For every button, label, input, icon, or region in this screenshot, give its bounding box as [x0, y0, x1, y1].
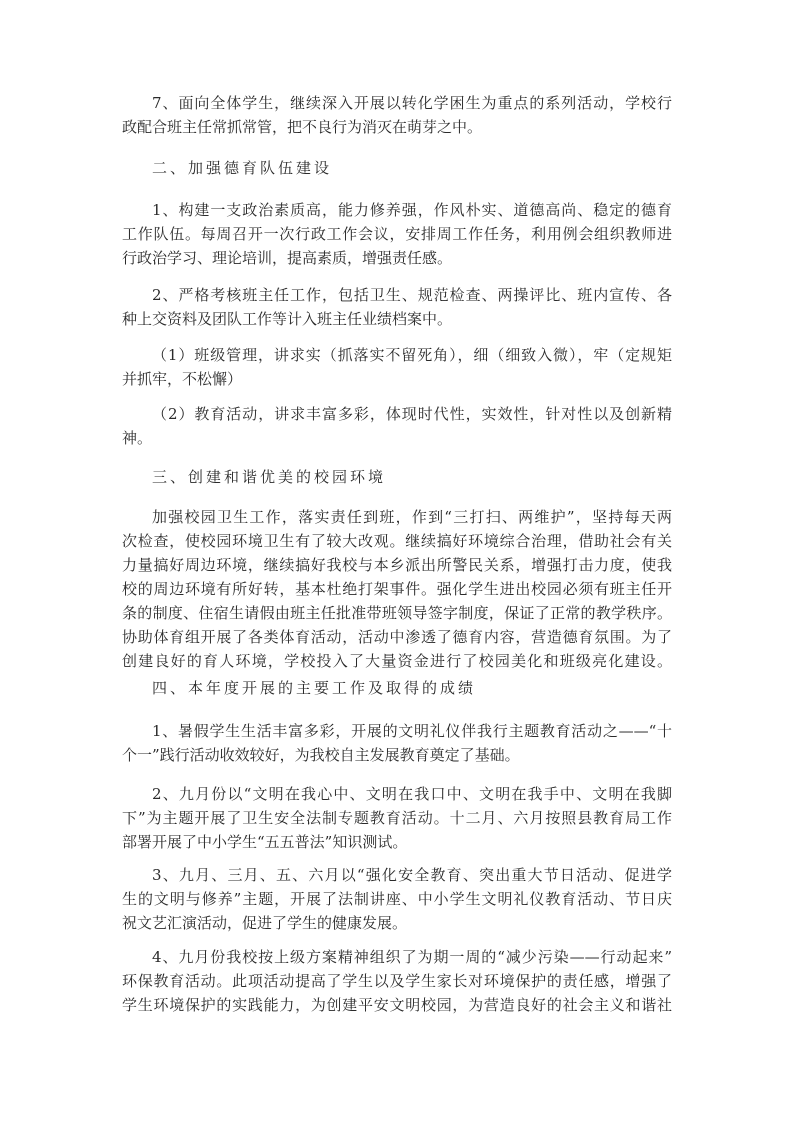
text-line: 祝文艺汇演活动，促进了学生的健康发展。 — [122, 911, 672, 935]
text-line: 学生环境保护的实践能力，为创建平安文明校园，为营造良好的社会主义和谐社 — [122, 993, 672, 1017]
heading-text: 四、本年度开展的主要工作及取得的成绩 — [122, 676, 672, 700]
text-line: 校的周边环境有所好转，基本杜绝打架事件。强化学生进出校园必须有班主任开 — [122, 577, 672, 601]
paragraph-item-2: 2、严格考核班主任工作，包括卫生、规范检查、两操评比、班内宣传、各 种上交资料及… — [122, 283, 672, 331]
text-line: 力量搞好周边环境，继续搞好我校与本乡派出所警民关系，增强打击力度，使我 — [122, 553, 672, 577]
text-line: 1、构建一支政治素质高，能力修养强，作风朴实、道德高尚、稳定的德育 — [122, 198, 672, 222]
text-line: 行政治学习、理论培训，提高素质，增强责任感。 — [122, 246, 672, 270]
paragraph-item-7: 7、面向全体学生，继续深入开展以转化学困生为重点的系列活动，学校行 政配合班主任… — [122, 91, 672, 139]
section-heading-3: 三、创建和谐优美的校园环境 — [122, 465, 672, 489]
achievement-item-3: 3、九月、三月、五、六月以“强化安全教育、突出重大节日活动、促进学 生的文明与修… — [122, 863, 672, 935]
text-line: 神。 — [122, 426, 672, 450]
text-line: 创建良好的育人环境，学校投入了大量资金进行了校园美化和班级亮化建设。 — [122, 649, 672, 673]
text-line: 次检查，使校园环境卫生有了较大改观。继续搞好环境综合治理，借助社会有关 — [122, 529, 672, 553]
achievement-item-1: 1、暑假学生生活丰富多彩，开展的文明礼仪伴我行主题教育活动之——“十 个一”践行… — [122, 719, 672, 767]
text-line: 种上交资料及团队工作等计入班主任业绩档案中。 — [122, 307, 672, 331]
text-line: 加强校园卫生工作，落实责任到班，作到“三打扫、两维护”，坚持每天两 — [122, 505, 672, 529]
text-line: 下”为主题开展了卫生安全法制专题教育活动。十二月、六月按照县教育局工作 — [122, 806, 672, 830]
text-line: 协助体育组开展了各类体育活动，活动中渗透了德育内容，营造德育氛围。为了 — [122, 625, 672, 649]
text-line: 2、九月份以“文明在我心中、文明在我口中、文明在我手中、文明在我脚 — [122, 782, 672, 806]
section-heading-4: 四、本年度开展的主要工作及取得的成绩 — [122, 676, 672, 700]
paragraph-subitem-1: （1）班级管理，讲求实（抓落实不留死角），细（细致入微），牢（定规矩 并抓牢，不… — [122, 343, 672, 391]
text-line: 环保教育活动。此项活动提高了学生以及学生家长对环境保护的责任感，增强了 — [122, 969, 672, 993]
text-line: 2、严格考核班主任工作，包括卫生、规范检查、两操评比、班内宣传、各 — [122, 283, 672, 307]
achievement-item-4: 4、九月份我校按上级方案精神组织了为期一周的“减少污染——行动起来” 环保教育活… — [122, 945, 672, 1017]
achievement-item-2: 2、九月份以“文明在我心中、文明在我口中、文明在我手中、文明在我脚 下”为主题开… — [122, 782, 672, 854]
text-line: 1、暑假学生生活丰富多彩，开展的文明礼仪伴我行主题教育活动之——“十 — [122, 719, 672, 743]
text-line: 生的文明与修养”主题，开展了法制讲座、中小学生文明礼仪教育活动、节日庆 — [122, 887, 672, 911]
paragraph-subitem-2: （2）教育活动，讲求丰富多彩，体现时代性，实效性，针对性以及创新精 神。 — [122, 402, 672, 450]
paragraph-campus-environment: 加强校园卫生工作，落实责任到班，作到“三打扫、两维护”，坚持每天两 次检查，使校… — [122, 505, 672, 673]
text-line: （1）班级管理，讲求实（抓落实不留死角），细（细致入微），牢（定规矩 — [122, 343, 672, 367]
section-heading-2: 二、加强德育队伍建设 — [122, 156, 672, 180]
text-line: 条的制度、住宿生请假由班主任批准带班领导签字制度，保证了正常的教学秩序。 — [122, 601, 672, 625]
text-line: 部署开展了中小学生“五五普法”知识测试。 — [122, 830, 672, 854]
document-page: 7、面向全体学生，继续深入开展以转化学困生为重点的系列活动，学校行 政配合班主任… — [0, 0, 793, 1122]
text-line: （2）教育活动，讲求丰富多彩，体现时代性，实效性，针对性以及创新精 — [122, 402, 672, 426]
text-line: 个一”践行活动收效较好，为我校自主发展教育奠定了基础。 — [122, 743, 672, 767]
paragraph-item-1: 1、构建一支政治素质高，能力修养强，作风朴实、道德高尚、稳定的德育 工作队伍。每… — [122, 198, 672, 270]
text-line: 7、面向全体学生，继续深入开展以转化学困生为重点的系列活动，学校行 — [122, 91, 672, 115]
heading-text: 三、创建和谐优美的校园环境 — [122, 465, 672, 489]
text-line: 工作队伍。每周召开一次行政工作会议，安排周工作任务，利用例会组织教师进 — [122, 222, 672, 246]
text-line: 4、九月份我校按上级方案精神组织了为期一周的“减少污染——行动起来” — [122, 945, 672, 969]
text-line: 3、九月、三月、五、六月以“强化安全教育、突出重大节日活动、促进学 — [122, 863, 672, 887]
text-line: 政配合班主任常抓常管，把不良行为消灭在萌芽之中。 — [122, 115, 672, 139]
heading-text: 二、加强德育队伍建设 — [122, 156, 672, 180]
text-line: 并抓牢，不松懈） — [122, 367, 672, 391]
